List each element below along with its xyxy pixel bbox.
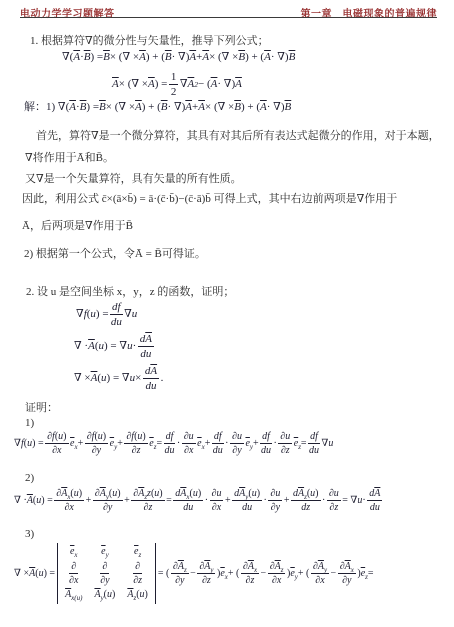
formula-proof-1: ∇f(u) = ∂f(u)∂xex + ∂f(u)∂yey + ∂f(u)∂ze… (14, 431, 333, 456)
formula-grad-f: ∇f(u) = dfdu∇u (76, 301, 137, 328)
para-differential-operator: 首先，算符∇是一个微分算符，其具有对其后所有表达式起微分的作用，对于本题， (36, 129, 440, 143)
formula-div-a: ∇ · A(u) = ∇u · dAdu (74, 333, 155, 360)
para-vector-property: 又∇是一个矢量算符，具有矢量的所有性质。 (25, 172, 242, 186)
solution-step-1-formula: 解：1) ∇(A · B) = B × (∇ × A) + (B · ∇)A +… (24, 101, 291, 114)
proof-step-2-label: 2) (25, 471, 34, 485)
para-nabla-applies: ∇将作用于Ā和B̄。 (25, 151, 114, 165)
document-page: 电动力学学习题解答 第一章 电磁现象的普遍规律 1. 根据算符∇的微分性与矢量性… (0, 0, 454, 627)
formula-identity-2: A × (∇ × A) = 12∇A2 − (A · ∇)A (112, 71, 242, 98)
proof-label: 证明： (25, 401, 58, 415)
para-therefore-formula: 因此，利用公式 c̄×(ā×b̄) = ā·(c̄·b̄)−(c̄·ā)b̄ 可… (22, 192, 397, 206)
para-conclusion-step-2: 2) 根据第一个公式，令Ā = B̄可得证。 (24, 247, 206, 261)
formula-curl-a: ∇ × A(u) = ∇u × dAdu. (74, 365, 163, 392)
proof-step-3-label: 3) (25, 527, 34, 541)
formula-proof-2: ∇ · A(u) = ∂Ax(u)∂x + ∂Ay(u)∂y + ∂Azz(u)… (14, 488, 384, 513)
problem-2-text: 2. 设 u 是空间坐标 x，y，z 的函数，证明； (26, 285, 234, 299)
header-rule (20, 17, 437, 18)
proof-step-1-label: 1) (25, 416, 34, 430)
problem-1-text: 1. 根据算符∇的微分性与矢量性，推导下列公式； (30, 34, 269, 48)
para-continuation: Ā，后两项是∇作用于B̄ (22, 219, 133, 233)
formula-identity-1: ∇(A · B) = B × (∇ × A) + (B · ∇)A + A × … (62, 51, 295, 64)
formula-proof-3: ∇ × A(u) = exeyez∂∂x∂∂y∂∂zAx(u)Ay(u)Az(u… (14, 543, 374, 604)
